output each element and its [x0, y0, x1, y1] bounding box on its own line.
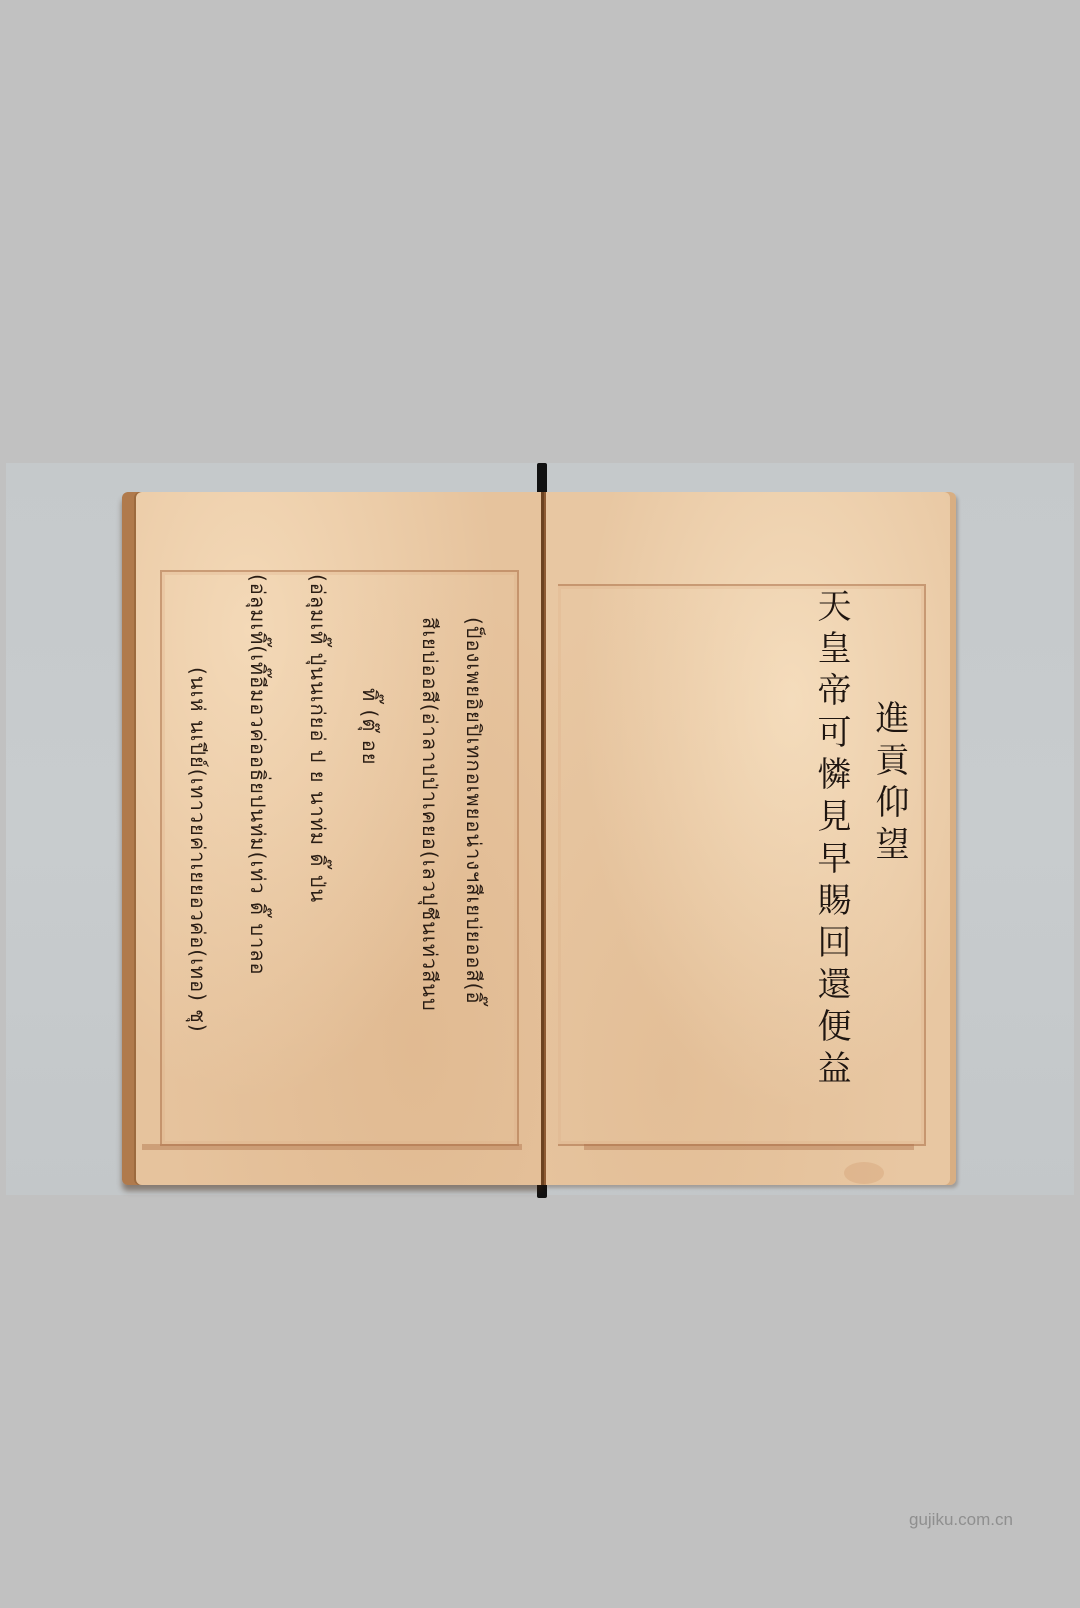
- left-page-bottom-rule: [142, 1144, 522, 1150]
- thai-text-line-2: สีเยบ่ออสี(อ่าลาปป่าเคยอ(เลวปุชีนเท่วสีน…: [414, 617, 446, 1012]
- thai-text-line-3: ทิ๊ (ตุ๊ อย: [354, 688, 386, 765]
- chinese-column-2: 天皇帝可憐見早賜回還便益: [814, 588, 848, 1092]
- binding-spine-top: [537, 463, 547, 493]
- right-page: 進貢仰望 天皇帝可憐見早賜回還便益: [544, 492, 956, 1185]
- right-page-bottom-rule: [584, 1144, 914, 1150]
- left-page: (ป็องเพยอิยปิเทกอเพยอน่างฯสีเยบ่ยออสี(อิ…: [122, 492, 542, 1185]
- scan-canvas: (ป็องเพยอิยปิเทกอเพยอน่างฯสีเยบ่ยออสี(อิ…: [0, 0, 1080, 1608]
- chinese-column-1: 進貢仰望: [872, 700, 906, 868]
- thai-text-line-5: (อ่ลุมเทิ๊(เทิ๊อีมอวค่ออธิ่ยปนท่ม(เท่ว ด…: [242, 574, 274, 976]
- thai-text-line-4: (อ่ลุมเทิ๊ ปุ่นนเก่ยอ่ ป ย นาท่ม ดิ๊ ป่น: [302, 574, 334, 903]
- thai-text-line-6: (นเห่ นเปีย์(เทาวยค่าเยยอวค่อ(เทอ) ชุ): [182, 667, 214, 1033]
- site-watermark: gujiku.com.cn: [909, 1510, 1013, 1530]
- paper-stain: [844, 1162, 884, 1184]
- thai-text-line-1: (ป็องเพยอิยปิเทกอเพยอน่างฯสีเยบ่ยออสี(อิ…: [458, 617, 490, 1004]
